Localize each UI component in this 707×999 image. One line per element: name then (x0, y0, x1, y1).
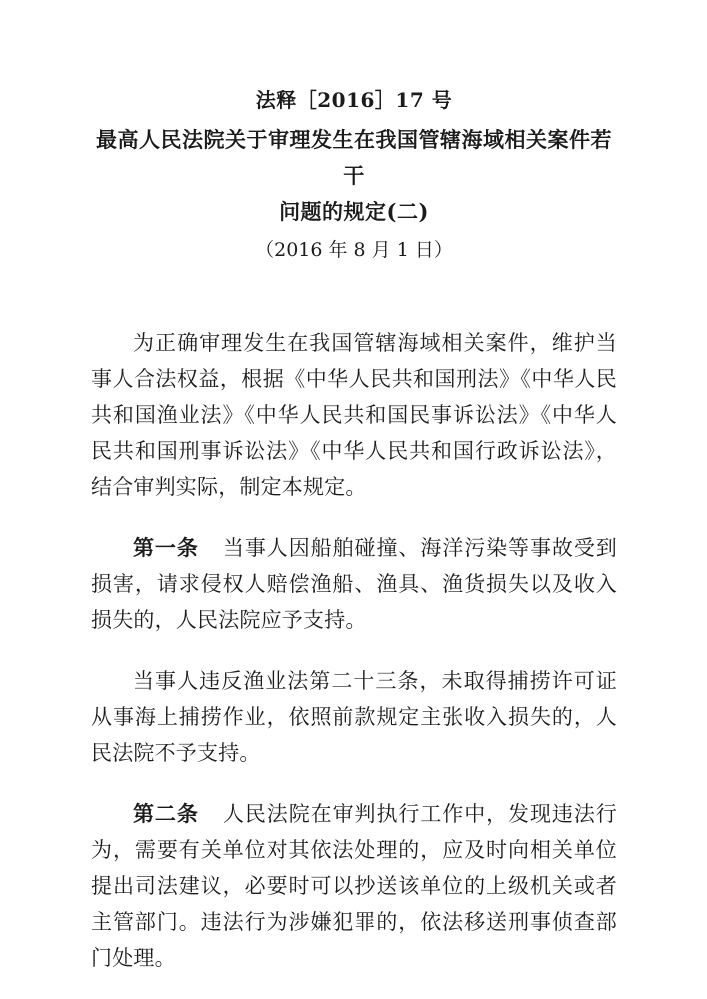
doc-title-line-2: 问题的规定(二) (91, 194, 617, 230)
paragraph: 第一条当事人因船舶碰撞、海洋污染等事故受到损害，请求侵权人赔偿渔船、渔具、渔货损… (91, 530, 617, 638)
paragraph-text: 人民法院在审判执行工作中，发现违法行为，需要有关单位对其依法处理的，应及时向相关… (91, 802, 617, 970)
paragraph: 为正确审理发生在我国管辖海域相关案件，维护当事人合法权益，根据《中华人民共和国刑… (91, 325, 617, 505)
doc-body: 为正确审理发生在我国管辖海域相关案件，维护当事人合法权益，根据《中华人民共和国刑… (91, 325, 617, 976)
paragraph: 第二条人民法院在审判执行工作中，发现违法行为，需要有关单位对其依法处理的，应及时… (91, 796, 617, 976)
doc-title-line-1: 最高人民法院关于审理发生在我国管辖海域相关案件若干 (91, 122, 617, 194)
doc-title: 最高人民法院关于审理发生在我国管辖海域相关案件若干 问题的规定(二) (91, 122, 617, 230)
article-label: 第一条 (133, 535, 199, 560)
paragraph-text: 为正确审理发生在我国管辖海域相关案件，维护当事人合法权益，根据《中华人民共和国刑… (91, 331, 617, 499)
doc-date: （2016 年 8 月 1 日） (91, 233, 617, 267)
doc-number: 法释［2016］17 号 (91, 88, 617, 112)
article-label: 第二条 (133, 801, 199, 826)
document-page: 法释［2016］17 号 最高人民法院关于审理发生在我国管辖海域相关案件若干 问… (0, 0, 707, 999)
paragraph: 当事人违反渔业法第二十三条，未取得捕捞许可证从事海上捕捞作业，依照前款规定主张收… (91, 663, 617, 771)
paragraph-text: 当事人违反渔业法第二十三条，未取得捕捞许可证从事海上捕捞作业，依照前款规定主张收… (91, 669, 617, 765)
